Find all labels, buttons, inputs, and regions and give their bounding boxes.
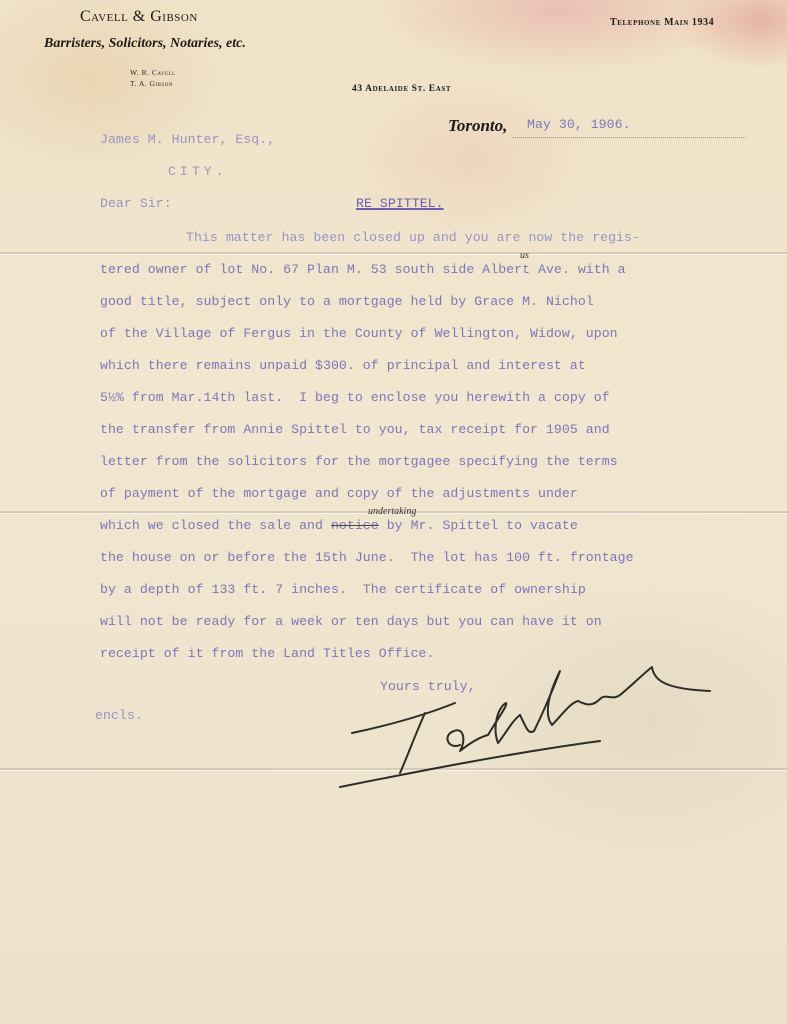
subject-line: RE SPITTEL.	[356, 196, 444, 211]
body-line: of the Village of Fergus in the County o…	[100, 326, 618, 341]
body-line: 5½% from Mar.14th last. I beg to enclose…	[100, 390, 610, 405]
partner-name: W. R. Cavell	[130, 67, 176, 78]
body-line: letter from the solicitors for the mortg…	[100, 454, 618, 469]
struck-word: notice	[331, 518, 379, 533]
firm-name: Cavell & Gibson	[80, 8, 198, 26]
body-line: will not be ready for a week or ten days…	[100, 614, 602, 629]
body-text: which we closed the sale and	[100, 518, 331, 533]
body-line: This matter has been closed up and you a…	[186, 230, 640, 245]
body-line-with-correction: which we closed the sale and notice by M…	[100, 518, 578, 533]
body-line: by a depth of 133 ft. 7 inches. The cert…	[100, 582, 586, 597]
svg-text:T. A. Gibson: T. A. Gibson	[330, 655, 336, 656]
telephone: Telephone Main 1934	[610, 17, 714, 28]
salutation: Dear Sir:	[100, 196, 172, 211]
body-text: by Mr. Spittel to vacate	[379, 518, 578, 533]
firm-tagline: Barristers, Solicitors, Notaries, etc.	[44, 36, 246, 52]
paper-fold-line	[0, 252, 787, 254]
body-line: which there remains unpaid $300. of prin…	[100, 358, 586, 373]
body-line: tered owner of lot No. 67 Plan M. 53 sou…	[100, 262, 626, 277]
addressee: James M. Hunter, Esq.,	[100, 132, 275, 147]
partner-list: W. R. Cavell T. A. Gibson	[130, 67, 176, 89]
addressee-city: CITY.	[168, 164, 228, 179]
handwritten-insertion: undertaking	[368, 506, 416, 517]
city-label: Toronto,	[448, 116, 507, 136]
firm-address: 43 Adelaide St. East	[352, 84, 451, 94]
date-dotted-line	[513, 137, 746, 138]
partner-name: T. A. Gibson	[130, 78, 176, 89]
body-line: of payment of the mortgage and copy of t…	[100, 486, 578, 501]
body-line: good title, subject only to a mortgage h…	[100, 294, 594, 309]
enclosure-note: encls.	[95, 708, 143, 723]
letter-date: May 30, 1906.	[527, 117, 631, 132]
body-line: the transfer from Annie Spittel to you, …	[100, 422, 610, 437]
body-line: the house on or before the 15th June. Th…	[100, 550, 634, 565]
signature: T. A. Gibson	[330, 655, 730, 795]
handwritten-insertion: us	[520, 250, 529, 261]
